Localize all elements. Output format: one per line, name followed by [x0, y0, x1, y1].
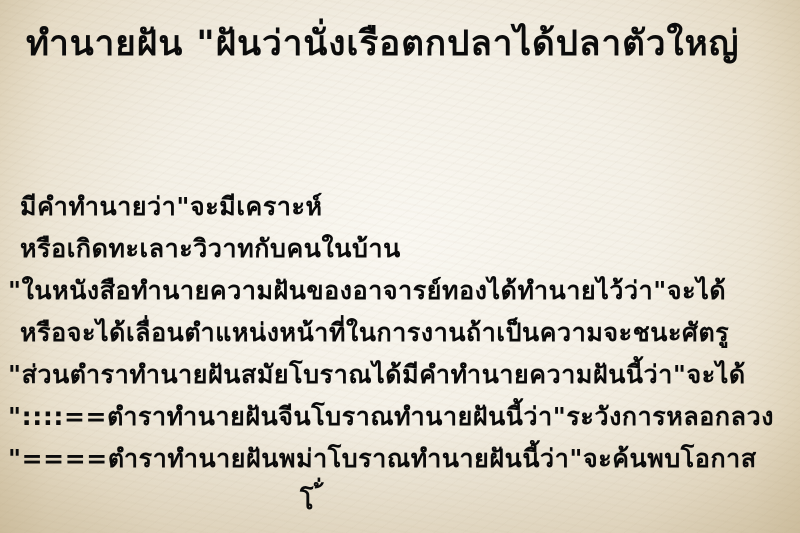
prediction-line-4: หรือจะได้เลื่อนตำแหน่งหน้าที่ในการงานถ้า… — [0, 312, 774, 354]
prediction-line-5: "ส่วนตำราทำนายฝันสมัยโบราณได้มีคำทำนายคว… — [0, 354, 774, 396]
prediction-text-block: มีคำทำนายว่า"จะมีเคราะห์ หรือเกิดทะเลาะว… — [0, 186, 774, 522]
page-title: ทำนายฝัน "ฝันว่านั่งเรือตกปลาได้ปลาตัวให… — [26, 14, 739, 74]
prediction-line-6: "::::==ตำราทำนายฝันจีนโบราณทำนายฝันนี้ว่… — [0, 396, 774, 438]
prediction-line-1: มีคำทำนายว่า"จะมีเคราะห์ — [0, 186, 774, 228]
prediction-line-2: หรือเกิดทะเลาะวิวาทกับคนในบ้าน — [0, 228, 774, 270]
prediction-line-7: "====ตำราทำนายฝันพม่าโบราณทำนายฝันนี้ว่า… — [0, 438, 774, 480]
prediction-line-3: "ในหนังสือทำนายความฝันของอาจารย์ทองได้ทำ… — [0, 270, 774, 312]
prediction-line-8-partial: โ ้่ — [0, 480, 774, 522]
